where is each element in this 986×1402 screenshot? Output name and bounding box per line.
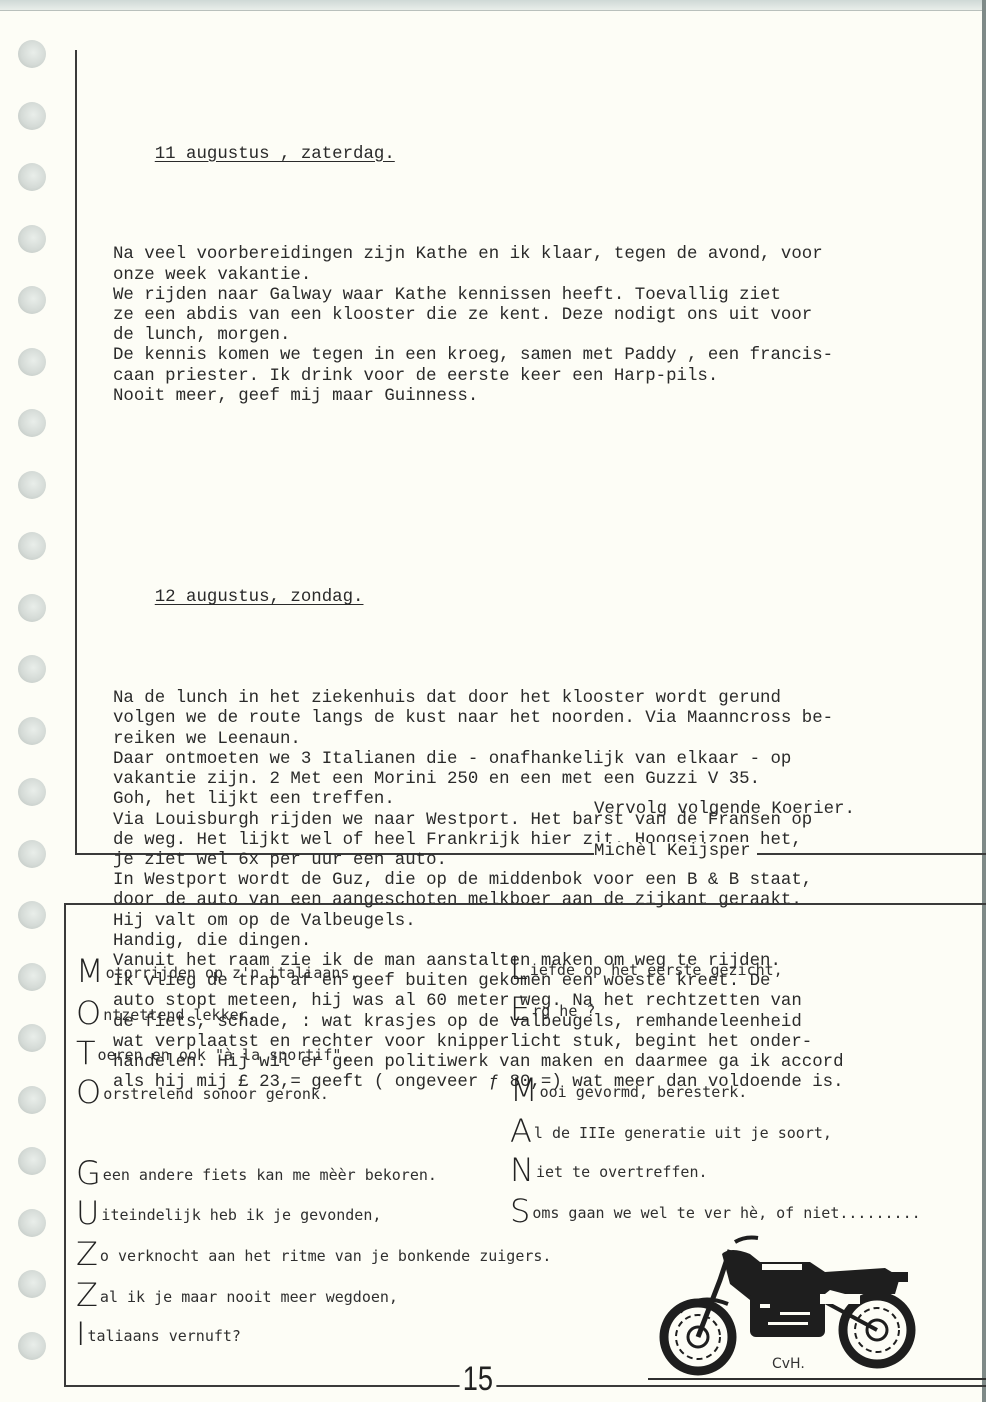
story-line: caan priester. Ik drink voor de eerste k… <box>113 367 973 387</box>
poem-line: Motorrijden op z'n italiaans, <box>76 955 358 987</box>
binder-hole <box>18 409 46 437</box>
story-line: de lunch, morgen. <box>113 326 973 346</box>
poem-line: Liefde op het eerste gezicht, <box>510 952 783 984</box>
poem-line-text: een andere fiets kan me mèèr bekoren. <box>103 1166 437 1184</box>
acrostic-capital: A <box>510 1112 532 1150</box>
author-name: Michèl Keijsper <box>594 842 757 861</box>
poem-line-text: iteindelijk heb ik je gevonden, <box>101 1206 381 1224</box>
section-1: 11 augustus , zaterdag. Na veel voorbere… <box>113 124 973 447</box>
poem-line: Soms gaan we wel te ver hè, of niet.....… <box>510 1195 921 1227</box>
binder-hole <box>18 963 46 991</box>
binder-hole <box>18 348 46 376</box>
acrostic-capital: O <box>76 1073 101 1111</box>
poem-line: Geen andere fiets kan me mèèr bekoren. <box>76 1157 437 1189</box>
acrostic-capital: G <box>76 1154 101 1192</box>
poem-line: Niet te overtreffen. <box>510 1154 708 1186</box>
binder-hole <box>18 532 46 560</box>
acrostic-capital: M <box>76 952 104 990</box>
poem-line: Italiaans vernuft? <box>76 1318 241 1350</box>
story-line: Na de lunch in het ziekenhuis dat door h… <box>113 689 973 709</box>
binder-hole <box>18 163 46 191</box>
page-number: 15 <box>455 1362 501 1396</box>
scan-top-edge <box>0 0 986 11</box>
story-line: onze week vakantie. <box>113 266 973 286</box>
binder-hole <box>18 225 46 253</box>
binder-hole <box>18 40 46 68</box>
binder-hole <box>18 471 46 499</box>
section-heading: 11 augustus , zaterdag. <box>155 145 395 165</box>
acrostic-capital: Z <box>76 1235 98 1273</box>
binder-hole <box>18 594 46 622</box>
poem-line-text: rg he ? <box>532 1002 595 1020</box>
continuation-note: Vervolg volgende Koerier. <box>594 800 855 820</box>
binder-hole <box>18 778 46 806</box>
illustration-credit: CvH. <box>772 1356 805 1372</box>
story-line: vakantie zijn. 2 Met een Morini 250 en e… <box>113 770 973 790</box>
story-line: de weg. Het lijkt wel of heel Frankrijk … <box>113 831 973 851</box>
acrostic-capital: T <box>76 1034 96 1072</box>
binder-hole <box>18 840 46 868</box>
story-line: reiken we Leenaun. <box>113 730 973 750</box>
binder-hole <box>18 1332 46 1360</box>
story-line: In Westport wordt de Guz, die op de midd… <box>113 871 973 891</box>
poem-line-text: ntzettend lekker. <box>103 1006 257 1024</box>
acrostic-capital: O <box>76 994 101 1032</box>
binder-hole <box>18 717 46 745</box>
poem-line-text: al ik je maar nooit meer wegdoen, <box>100 1288 398 1306</box>
acrostic-capital: Z <box>76 1276 98 1314</box>
acrostic-capital: E <box>510 990 530 1028</box>
story-line: Na veel voorbereidingen zijn Kathe en ik… <box>113 245 973 265</box>
binder-hole <box>18 1086 46 1114</box>
poem-line-text: otorrijden op z'n italiaans, <box>106 964 359 982</box>
author-rule-right <box>785 853 986 855</box>
poem-line-text: oeren en ook "à la sportif", <box>98 1046 351 1064</box>
acrostic-capital: I <box>76 1315 85 1353</box>
binder-hole <box>18 102 46 130</box>
poem-line-text: iet te overtreffen. <box>536 1163 708 1181</box>
story-line: ze een abdis van een klooster die ze ken… <box>113 306 973 326</box>
poem-line-text: ooi gevormd, beresterk. <box>540 1083 748 1101</box>
poem-line: Zo verknocht aan het ritme van je bonken… <box>76 1238 551 1270</box>
acrostic-capital: S <box>510 1192 530 1230</box>
binder-hole <box>18 1147 46 1175</box>
binder-hole <box>18 1024 46 1052</box>
poem-line-text: taliaans vernuft? <box>87 1327 241 1345</box>
poem-line: Uiteindelijk heb ik je gevonden, <box>76 1197 381 1229</box>
acrostic-capital: L <box>510 949 528 987</box>
poem-line-text: iefde op het eerste gezicht, <box>530 961 783 979</box>
story-line: De kennis komen we tegen in een kroeg, s… <box>113 346 973 366</box>
poem-line: Mooi gevormd, beresterk. <box>510 1074 747 1106</box>
binder-hole <box>18 1270 46 1298</box>
binder-hole <box>18 1209 46 1237</box>
poem-line: Erg he ? <box>510 993 595 1025</box>
poem-line: Oorstrelend sonoor geronk. <box>76 1076 329 1108</box>
poem-line-text: orstrelend sonoor geronk. <box>103 1085 329 1103</box>
poem-line: Toeren en ook "à la sportif", <box>76 1037 350 1069</box>
story-line: We rijden naar Galway waar Kathe kenniss… <box>113 286 973 306</box>
story-line: volgen we de route langs de kust naar he… <box>113 709 973 729</box>
acrostic-capital: N <box>510 1151 534 1189</box>
poem-line: Ontzettend lekker. <box>76 997 257 1029</box>
author-rule-left <box>574 853 590 855</box>
acrostic-capital: M <box>510 1071 538 1109</box>
binder-hole <box>18 286 46 314</box>
section-heading: 12 augustus, zondag. <box>155 588 364 608</box>
poem-line-text: o verknocht aan het ritme van je bonkend… <box>100 1247 552 1265</box>
binder-hole <box>18 655 46 683</box>
story-line: Nooit meer, geef mij maar Guinness. <box>113 387 973 407</box>
page-number-text: 15 <box>460 1362 497 1396</box>
story-line: Daar ontmoeten we 3 Italianen die - onaf… <box>113 750 973 770</box>
poem-line: Al de IIIe generatie uit je soort, <box>510 1115 832 1147</box>
acrostic-capital: U <box>76 1194 99 1232</box>
poem-line: Zal ik je maar nooit meer wegdoen, <box>76 1279 398 1311</box>
credit-rule <box>648 1378 986 1380</box>
poem-line-text: oms gaan we wel te ver hè, of niet......… <box>532 1204 920 1222</box>
poem-line-text: l de IIIe generatie uit je soort, <box>534 1124 832 1142</box>
binder-hole <box>18 901 46 929</box>
